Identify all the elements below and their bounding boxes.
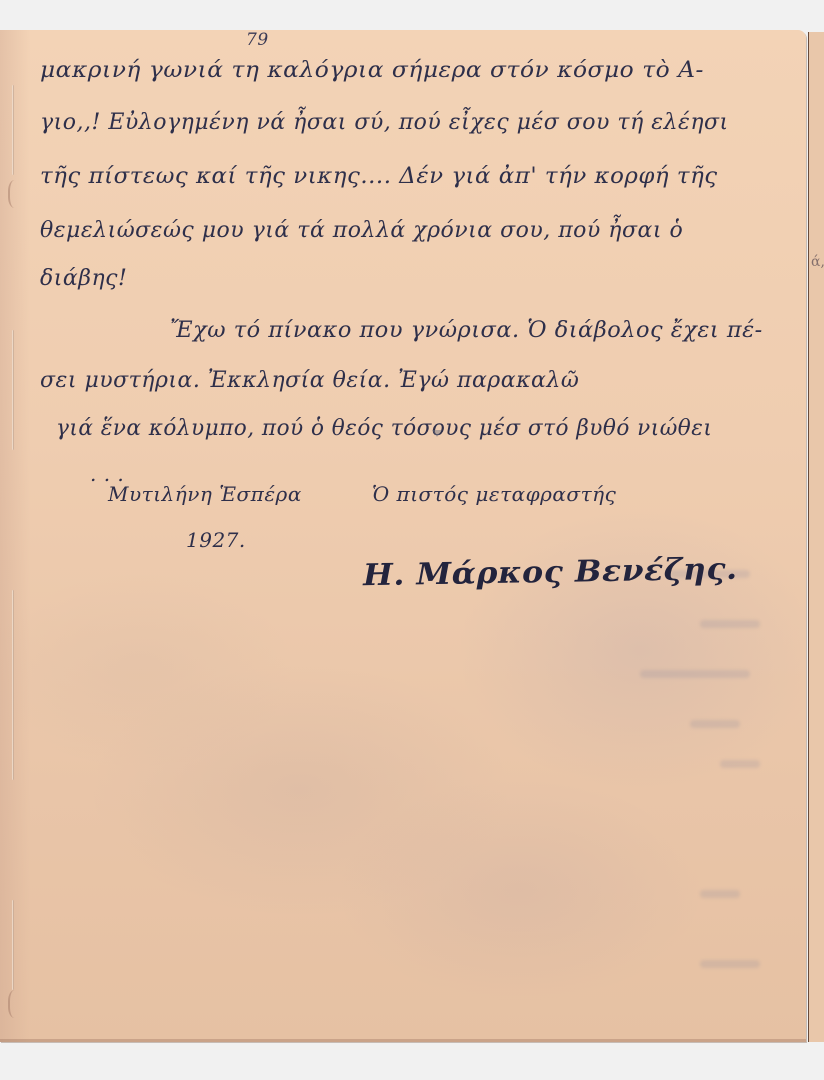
bleed-through-mark bbox=[700, 960, 760, 968]
binding-stitch bbox=[12, 85, 14, 175]
body-line: διάβης! bbox=[40, 268, 127, 290]
bleed-through-mark bbox=[690, 720, 740, 728]
body-line: σει μυστήρια. Ἐκκλησία θεία. Ἐγώ παρακαλ… bbox=[40, 370, 579, 392]
body-line: θεμελιώσεώς μου γιά τά πολλά χρόνια σου,… bbox=[40, 220, 683, 242]
closing-role: Ὁ πιστός μεταφραστής bbox=[372, 484, 616, 504]
scanned-document: ά, 79 μακρινή γωνιά τη καλόγρια σήμερα σ… bbox=[0, 0, 824, 1080]
closing-place: Μυτιλήνη Ἑσπέρα bbox=[108, 484, 302, 504]
body-line: γιά ἕνα κόλυμπο, πού ὁ θεός τόσους μέσ σ… bbox=[56, 418, 712, 440]
back-page-bleed-text: ά, bbox=[811, 254, 824, 270]
back-page-edge: ά, bbox=[808, 32, 824, 1042]
binding-tear bbox=[8, 990, 24, 1018]
body-line: μακρινή γωνιά τη καλόγρια σήμερα στόν κό… bbox=[40, 60, 704, 82]
body-line: . . . bbox=[90, 464, 124, 484]
bleed-through-mark bbox=[700, 620, 760, 628]
body-line: τῆς πίστεως καί τῆς νικης.... Δέν γιά ἀπ… bbox=[40, 166, 718, 188]
body-line: γιο,,! Εὐλογημένη νά ἦσαι σύ, πού εἶχες … bbox=[40, 112, 729, 134]
bleed-through-mark bbox=[700, 890, 740, 898]
binding-stitch bbox=[12, 330, 14, 450]
page-number: 79 bbox=[246, 32, 269, 49]
signature: Η. Μάρκος Βενέζης. bbox=[363, 555, 738, 592]
bleed-through-mark bbox=[640, 670, 750, 678]
binding-stitch bbox=[12, 900, 14, 990]
margin-mark bbox=[432, 430, 442, 437]
manuscript-page: 79 μακρινή γωνιά τη καλόγρια σήμερα στόν… bbox=[0, 30, 806, 1042]
bleed-through-mark bbox=[720, 760, 760, 768]
binding-stitch bbox=[12, 590, 14, 780]
binding-tear bbox=[8, 180, 24, 208]
closing-year: 1927. bbox=[186, 530, 246, 550]
body-line: Ἔχω τό πίνακο που γνώρισα. Ὁ διάβολος ἔχ… bbox=[170, 320, 763, 342]
